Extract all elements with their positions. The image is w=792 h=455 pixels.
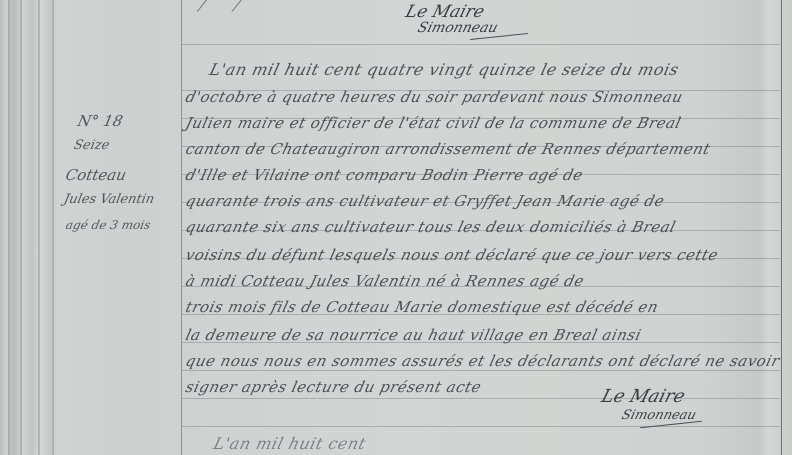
ruled-line [182, 426, 780, 427]
top-signature-name: Simonneau [416, 20, 500, 36]
body-line: L'an mil huit cent quatre vingt quinze l… [208, 60, 681, 79]
binding-edge [20, 0, 22, 455]
right-margin-rule [781, 0, 782, 455]
body-line: d'Ille et Vilaine ont comparu Bodin Pier… [184, 166, 585, 184]
body-line: que nous nous en sommes assurés et les d… [184, 352, 782, 370]
section-divider [182, 44, 780, 45]
binding-edge [38, 0, 40, 455]
body-line: la demeure de sa nourrice au haut villag… [184, 326, 644, 344]
body-line: quarante trois ans cultivateur et Gryffe… [184, 192, 667, 210]
body-line: voisins du défunt lesquels nous ont décl… [184, 246, 721, 264]
register-page: / / Le Maire Simonneau N° 18 Seize Cotte… [0, 0, 792, 455]
body-line: trois mois fils de Cotteau Marie domesti… [184, 298, 661, 316]
body-line: Julien maire et officier de l'état civil… [184, 114, 683, 132]
body-line: à midi Cotteau Jules Valentin né à Renne… [184, 272, 587, 290]
margin-age-note: agé de 3 mois [65, 218, 152, 232]
body-line: quarante six ans cultivateur tous les de… [184, 218, 678, 236]
margin-given-names: Jules Valentin [62, 192, 155, 207]
next-entry-fragment: L'an mil huit cent [212, 434, 369, 453]
binding-edge [52, 0, 54, 455]
top-signature-title: Le Maire [403, 2, 487, 22]
closing-signature-title: Le Maire [599, 386, 688, 407]
body-line: canton de Chateaugiron arrondissement de… [184, 140, 713, 158]
body-line: d'octobre à quatre heures du soir pardev… [184, 88, 685, 106]
body-line: signer après lecture du présent acte [184, 378, 484, 396]
closing-signature-name: Simonneau [620, 408, 698, 423]
margin-rule [181, 0, 182, 455]
record-label: Seize [72, 138, 111, 153]
previous-entry-fragment: / / [197, 0, 244, 15]
margin-surname: Cotteau [64, 166, 128, 184]
binding-edge [8, 0, 10, 455]
ruled-line [182, 370, 780, 371]
ruled-line [182, 398, 780, 399]
record-number: N° 18 [76, 112, 124, 130]
